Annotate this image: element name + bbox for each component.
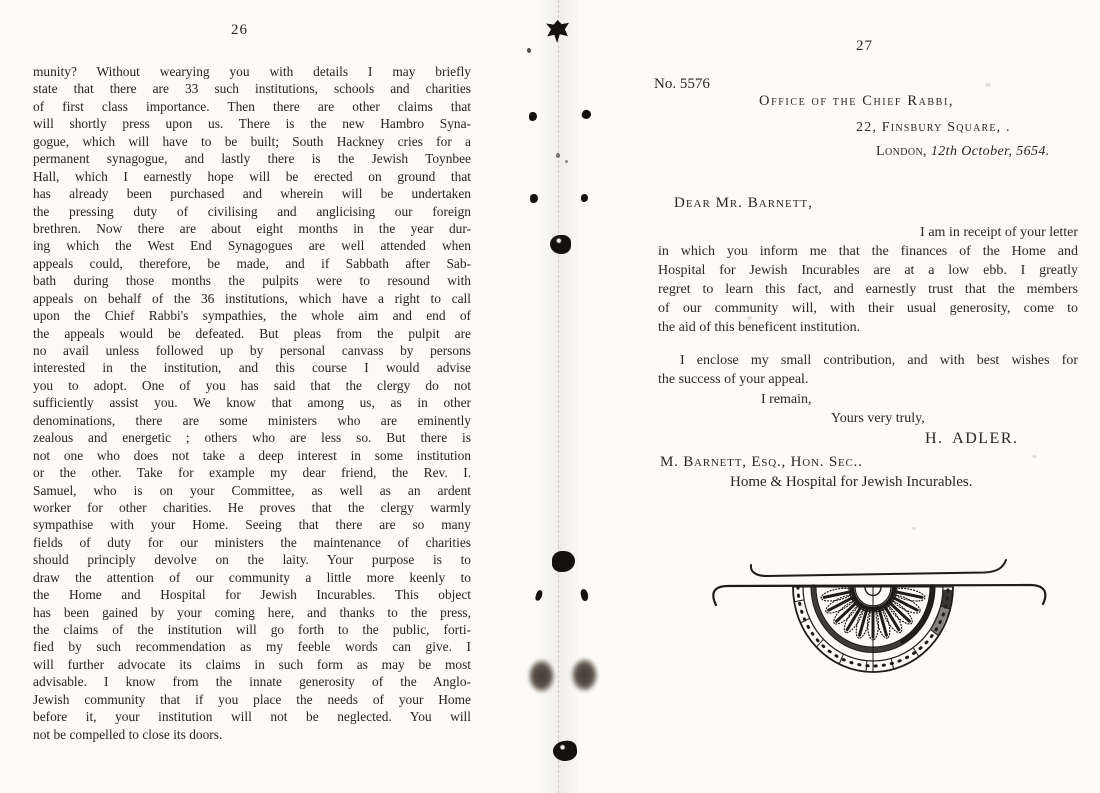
letter-paragraph-1-lines: in which you inform me that the finances… (658, 242, 1078, 318)
text-line: denominations, there are some ministers … (33, 412, 471, 429)
letter-signature: H. ADLER. (925, 430, 1019, 448)
binding-gutter-line (558, 0, 559, 793)
letter-salutation: Dear Mr. Barnett, (674, 195, 813, 212)
text-line: the Home and Hospital for Jewish Incurab… (33, 586, 471, 603)
page-26: 26 munity? Without wearying you with det… (0, 0, 558, 793)
text-line: the success of your appeal. (658, 370, 1078, 389)
text-line: before it, your institution will not be … (33, 708, 471, 725)
text-line: Jewish community that if you place the n… (33, 691, 471, 708)
text-line: draw the attention of our community a li… (33, 569, 471, 586)
text-line: advisable. I know from the innate genero… (33, 673, 471, 690)
ink-dot (581, 194, 588, 202)
text-line: fied by such recommendation as my feeble… (33, 638, 471, 655)
text-line: should principly devolve on the laity. Y… (33, 551, 471, 568)
ink-dot (580, 588, 590, 601)
letterhead-address-line: 22, Finsbury Square, . (856, 120, 1011, 136)
text-line: the appeals would be defeated. But pleas… (33, 325, 471, 342)
text-line: permanent synagogue, and lastly there is… (33, 150, 471, 167)
text-line: fields of duty for our ministers the mai… (33, 534, 471, 551)
fan-ornament-drawing (706, 551, 1058, 697)
page-number-27: 27 (856, 38, 873, 55)
letterhead-office-line: Office of the Chief Rabbi, (759, 93, 954, 110)
text-line: sufficiently assist you. We know that am… (33, 394, 471, 411)
ink-dot (565, 160, 568, 163)
text-line: of first class importance. Then there ar… (33, 98, 471, 115)
text-line: will further advocate its claims in such… (33, 656, 471, 673)
text-line: zealous and energetic ; others who are l… (33, 429, 471, 446)
letter-closing-i-remain: I remain, (761, 392, 812, 408)
text-line: I enclose my small contribution, and wit… (658, 351, 1078, 370)
text-line: regret to learn this fact, and earnestly… (658, 280, 1078, 299)
ink-smudge (571, 658, 598, 692)
text-line: has been gained by your coming here, and… (33, 604, 471, 621)
text-line: in which you inform me that the finances… (658, 242, 1078, 261)
letter-addressee-org: Home & Hospital for Jewish Incurables. (730, 474, 972, 491)
text-line: ing which the West End Synagogues are we… (33, 237, 471, 254)
letter-addressee-name: M. Barnett, Esq., Hon. Sec.. (660, 454, 863, 471)
text-line: interested in the institution, and this … (33, 359, 471, 376)
text-line: the aid of this beneficent institution. (658, 318, 1078, 337)
text-line: the pressing duty of civilising and angl… (33, 203, 471, 220)
text-line: of our community will, with their usual … (658, 299, 1078, 318)
text-line: the claims of the institution will go fo… (33, 621, 471, 638)
letter-closing-yours: Yours very truly, (831, 411, 925, 427)
fan-tailpiece-ornament (706, 551, 1058, 697)
page-27: 27 No. 5576 Office of the Chief Rabbi, 2… (620, 0, 1082, 793)
letterhead-date: 12th October, 5654. (931, 144, 1050, 159)
page-26-body-text: munity? Without wearying you with detail… (33, 63, 471, 743)
text-line: bath during those months the pulpits wer… (33, 272, 471, 289)
ink-dot (581, 109, 593, 121)
letter-paragraph-1: I am in receipt of your letter in which … (658, 223, 1078, 337)
letterhead-date-line: London, 12th October, 5654. (876, 144, 1050, 160)
page-number-26: 26 (231, 22, 248, 39)
text-line: not be compelled to close its doors. (33, 726, 471, 743)
text-line: brethren. Now there are about eight mont… (33, 220, 471, 237)
text-line: worker for other charities. He proves th… (33, 499, 471, 516)
text-line: or the other. Take for example my dear f… (33, 464, 471, 481)
text-line: upon the Chief Rabbi's sympathies, the w… (33, 307, 471, 324)
text-line: munity? Without wearying you with detail… (33, 63, 471, 80)
text-line: no avail unless followed up by personal … (33, 342, 471, 359)
letterhead-city: London, (876, 144, 931, 159)
text-line: state that there are 33 such institution… (33, 80, 471, 97)
text-line: has already been purchased and wherein w… (33, 185, 471, 202)
text-line: not one who does not take a deep interes… (33, 447, 471, 464)
text-line: appeals on behalf of the 36 institutions… (33, 290, 471, 307)
text-line: appeals could, therefore, be made, and i… (33, 255, 471, 272)
text-line: sympathise with your Home. Seeing that t… (33, 516, 471, 533)
text-line: Samuel, who is on your Committee, as wel… (33, 482, 471, 499)
text-line: Hospital for Jewish Incurables are at a … (658, 261, 1078, 280)
text-line: I am in receipt of your letter (658, 223, 1078, 242)
text-line: Hall, which I earnestly hope will be ere… (33, 168, 471, 185)
book-scan-spread: 26 munity? Without wearying you with det… (0, 0, 1100, 793)
text-line: will shortly press upon us. There is the… (33, 115, 471, 132)
letter-reference-number: No. 5576 (654, 76, 710, 93)
text-line: you to adopt. One of you has said that t… (33, 377, 471, 394)
text-line: gogue, which will have to be built; Sout… (33, 133, 471, 150)
letter-paragraph-2: I enclose my small contribution, and wit… (658, 351, 1078, 389)
